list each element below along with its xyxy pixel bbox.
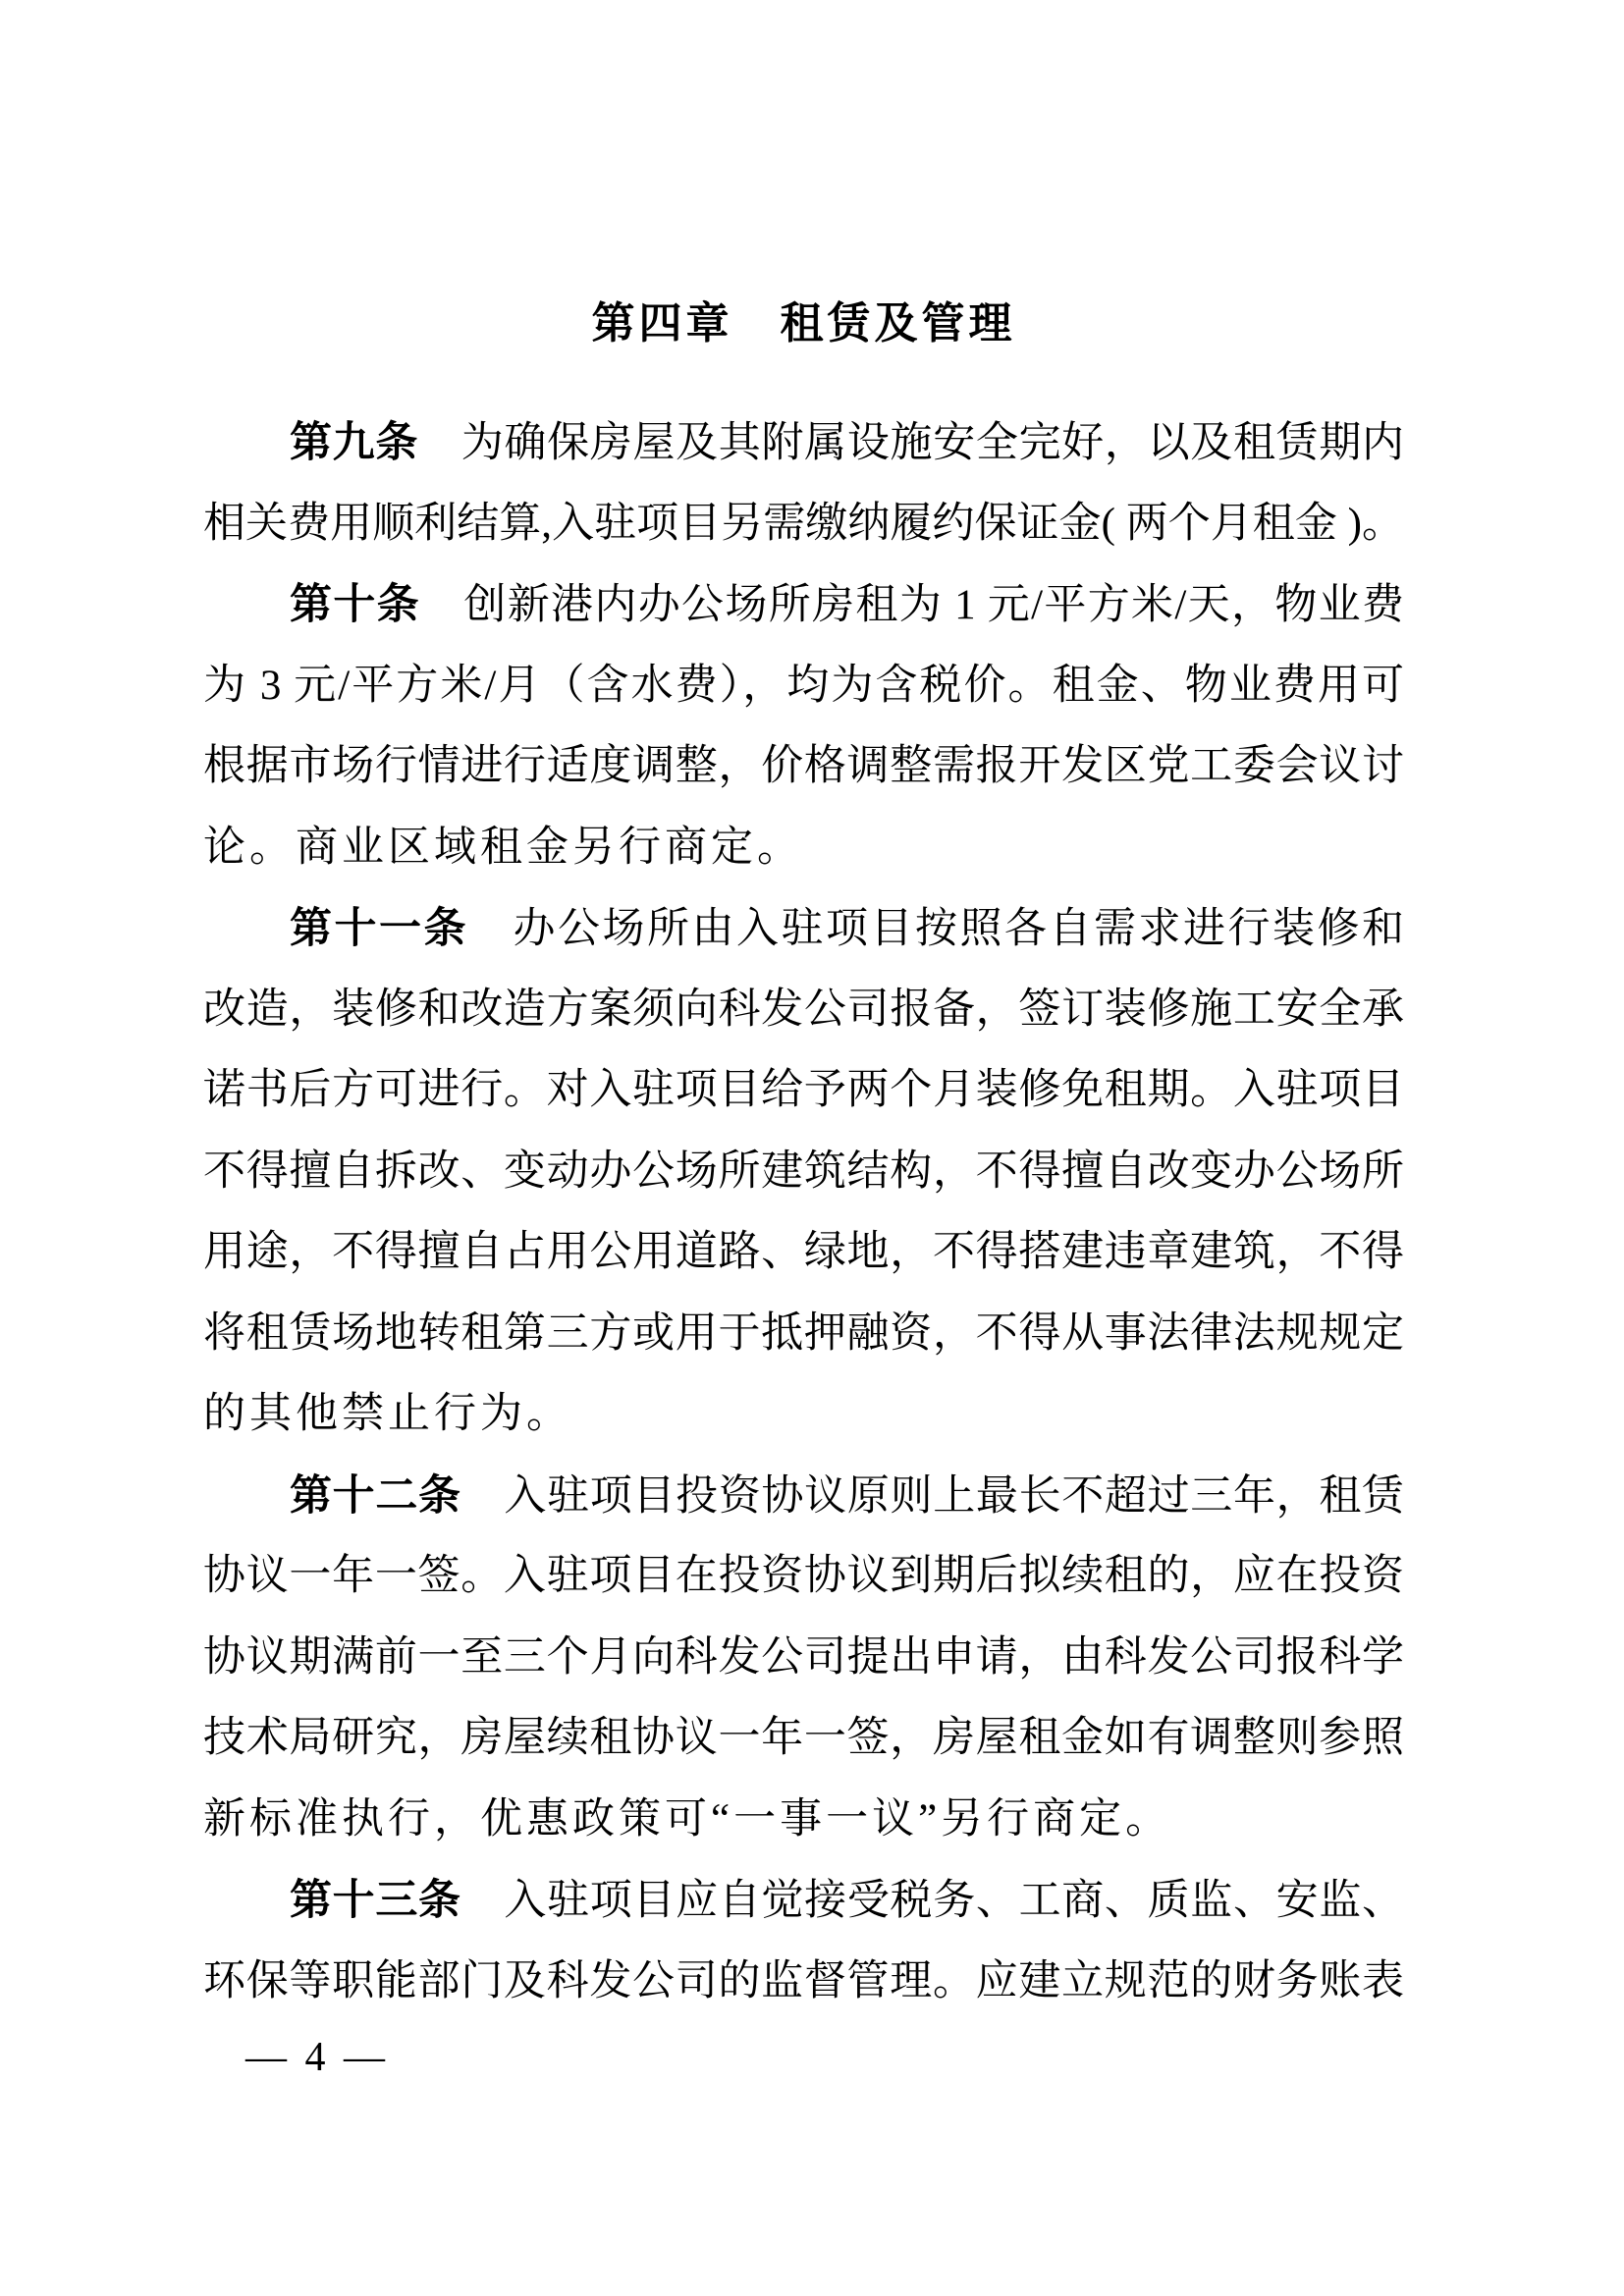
line-text: 技术局研究，房屋续租协议一年一签，房屋租金如有调整则参照 (203, 1715, 1404, 1761)
line-text: 相关费用顺利结算,入驻项目另需缴纳履约保证金( 两个月租金 )。 (203, 501, 1404, 547)
line-text: 改造，装修和改造方案须向科发公司报备，签订装修施工安全承 (203, 987, 1404, 1033)
text-line: 论。商业区域租金另行商定。 (203, 808, 1404, 889)
document: 第四章 租赁及管理 第九条 为确保房屋及其附属设施安全完好，以及租赁期内相关费用… (203, 284, 1404, 2022)
line-text: 协议期满前一至三个月向科发公司提出申请，由科发公司报科学 (203, 1634, 1404, 1681)
line-text: 为 3 元/平方米/月（含水费），均为含税价。租金、物业费用可 (203, 663, 1404, 709)
text-line: 诺书后方可进行。对入驻项目给予两个月装修免租期。入驻项目 (203, 1050, 1404, 1132)
text-line: 相关费用顺利结算,入驻项目另需缴纳履约保证金( 两个月租金 )。 (203, 484, 1404, 565)
text-line: 第九条 为确保房屋及其附属设施安全完好，以及租赁期内 (203, 402, 1404, 484)
line-text: 将租赁场地转租第三方或用于抵押融资，不得从事法律法规规定 (203, 1310, 1404, 1357)
line-text: 创新港内办公场所房租为 1 元/平方米/天，物业费 (420, 582, 1404, 628)
text-line: 的其他禁止行为。 (203, 1374, 1404, 1456)
line-text: 诺书后方可进行。对入驻项目给予两个月装修免租期。入驻项目 (203, 1067, 1404, 1113)
article-number: 第十一条 (290, 905, 468, 952)
text-line: 不得擅自拆改、变动办公场所建筑结构，不得擅自改变办公场所 (203, 1132, 1404, 1213)
article-number: 第十三条 (290, 1877, 461, 1924)
text-line: 环保等职能部门及科发公司的监督管理。应建立规范的财务账表 (203, 1942, 1404, 2023)
text-line: 将租赁场地转租第三方或用于抵押融资，不得从事法律法规规定 (203, 1294, 1404, 1375)
line-text: 的其他禁止行为。 (203, 1391, 572, 1437)
line-text: 为确保房屋及其附属设施安全完好，以及租赁期内 (418, 420, 1404, 466)
text-line: 协议期满前一至三个月向科发公司提出申请，由科发公司报科学 (203, 1618, 1404, 1699)
text-line: 根据市场行情进行适度调整，价格调整需报开发区党工委会议讨 (203, 726, 1404, 808)
text-line: 协议一年一签。入驻项目在投资协议到期后拟续租的，应在投资 (203, 1536, 1404, 1618)
line-text: 不得擅自拆改、变动办公场所建筑结构，不得擅自改变办公场所 (203, 1148, 1404, 1195)
article-number: 第十二条 (290, 1472, 461, 1520)
text-line: 改造，装修和改造方案须向科发公司报备，签订装修施工安全承 (203, 970, 1404, 1051)
line-text: 论。商业区域租金另行商定。 (203, 825, 803, 871)
line-text: 入驻项目投资协议原则上最长不超过三年，租赁 (461, 1473, 1404, 1520)
article-number: 第十条 (290, 581, 420, 628)
line-text: 办公场所由入驻项目按照各自需求进行装修和 (468, 906, 1404, 952)
text-line: 第十一条 办公场所由入驻项目按照各自需求进行装修和 (203, 888, 1404, 970)
text-line: 第十二条 入驻项目投资协议原则上最长不超过三年，租赁 (203, 1456, 1404, 1537)
text-line: 第十三条 入驻项目应自觉接受税务、工商、质监、安监、 (203, 1860, 1404, 1942)
text-line: 为 3 元/平方米/月（含水费），均为含税价。租金、物业费用可 (203, 646, 1404, 727)
text-line: 用途，不得擅自占用公用道路、绿地，不得搭建违章建筑，不得 (203, 1212, 1404, 1294)
line-text: 用途，不得擅自占用公用道路、绿地，不得搭建违章建筑，不得 (203, 1229, 1404, 1275)
chapter-title: 第四章 租赁及管理 (203, 284, 1404, 364)
page: 第四章 租赁及管理 第九条 为确保房屋及其附属设施安全完好，以及租赁期内相关费用… (0, 0, 1624, 2296)
text-line: 第十条 创新港内办公场所房租为 1 元/平方米/天，物业费 (203, 564, 1404, 646)
text-line: 新标准执行，优惠政策可“一事一议”另行商定。 (203, 1780, 1404, 1861)
line-text: 环保等职能部门及科发公司的监督管理。应建立规范的财务账表 (203, 1958, 1404, 2004)
line-text: 入驻项目应自觉接受税务、工商、质监、安监、 (461, 1878, 1404, 1924)
line-text: 根据市场行情进行适度调整，价格调整需报开发区党工委会议讨 (203, 743, 1404, 789)
document-body: 第九条 为确保房屋及其附属设施安全完好，以及租赁期内相关费用顺利结算,入驻项目另… (203, 402, 1404, 2022)
text-line: 技术局研究，房屋续租协议一年一签，房屋租金如有调整则参照 (203, 1698, 1404, 1780)
line-text: 协议一年一签。入驻项目在投资协议到期后拟续租的，应在投资 (203, 1553, 1404, 1599)
line-text: 新标准执行，优惠政策可“一事一议”另行商定。 (203, 1796, 1171, 1842)
page-number: — 4 — (245, 2030, 389, 2085)
article-number: 第九条 (290, 419, 418, 466)
